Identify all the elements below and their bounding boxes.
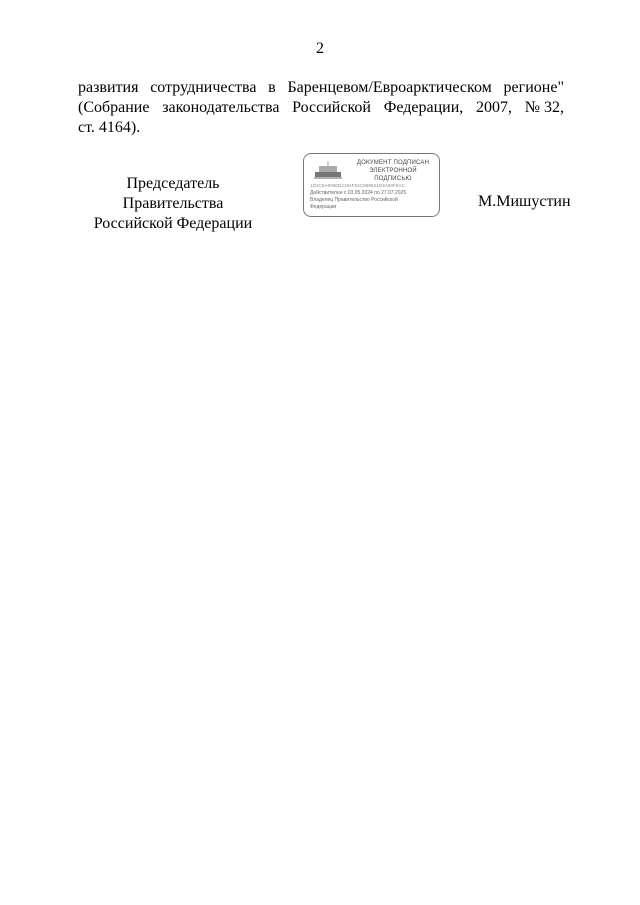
word: 2007, — [476, 98, 512, 118]
word: № 32, — [525, 98, 564, 118]
body-paragraph: развития сотрудничества в Баренцевом/Евр… — [78, 78, 564, 138]
word: развития — [78, 78, 138, 98]
stamp-heading-line-2: ЭЛЕКТРОННОЙ ПОДПИСЬЮ — [350, 167, 436, 183]
word: ст. 4164). — [78, 118, 140, 138]
body-line-1: развития сотрудничества в Баренцевом/Евр… — [78, 78, 564, 98]
signer-title: Председатель Правительства Российской Фе… — [78, 174, 268, 234]
body-line-2: (Собрание законодательства Российской Фе… — [78, 98, 564, 118]
word: (Собрание — [78, 98, 149, 118]
stamp-heading-line-1: ДОКУМЕНТ ПОДПИСАН — [350, 159, 436, 167]
word: в — [268, 78, 276, 98]
signer-title-line-1: Председатель Правительства — [78, 174, 268, 214]
stamp-heading: ДОКУМЕНТ ПОДПИСАН ЭЛЕКТРОННОЙ ПОДПИСЬЮ — [350, 159, 436, 183]
word: Баренцевом/Евроарктическом — [287, 78, 491, 98]
word: регионе" — [504, 78, 564, 98]
certificate-owner: Владелец Правительство Российской Федера… — [310, 197, 434, 210]
government-building-icon — [314, 161, 342, 179]
word: сотрудничества — [150, 78, 256, 98]
electronic-signature-stamp: ДОКУМЕНТ ПОДПИСАН ЭЛЕКТРОННОЙ ПОДПИСЬЮ 1… — [303, 153, 440, 217]
signer-name: М.Мишустин — [478, 193, 571, 211]
owner-line-2: Федерации — [310, 204, 434, 211]
signer-title-line-2: Российской Федерации — [78, 214, 268, 234]
certificate-validity: Действителен с 03.05.2024 по 27.07.2025 — [310, 190, 406, 196]
certificate-number: 1D2C5A9060D2191F04C998921D3A90F9AC — [310, 183, 405, 188]
word: Федерации, — [384, 98, 464, 118]
body-line-3: ст. 4164). — [78, 118, 564, 138]
word: законодательства — [162, 98, 279, 118]
word: Российской — [292, 98, 371, 118]
page-number: 2 — [0, 40, 640, 58]
